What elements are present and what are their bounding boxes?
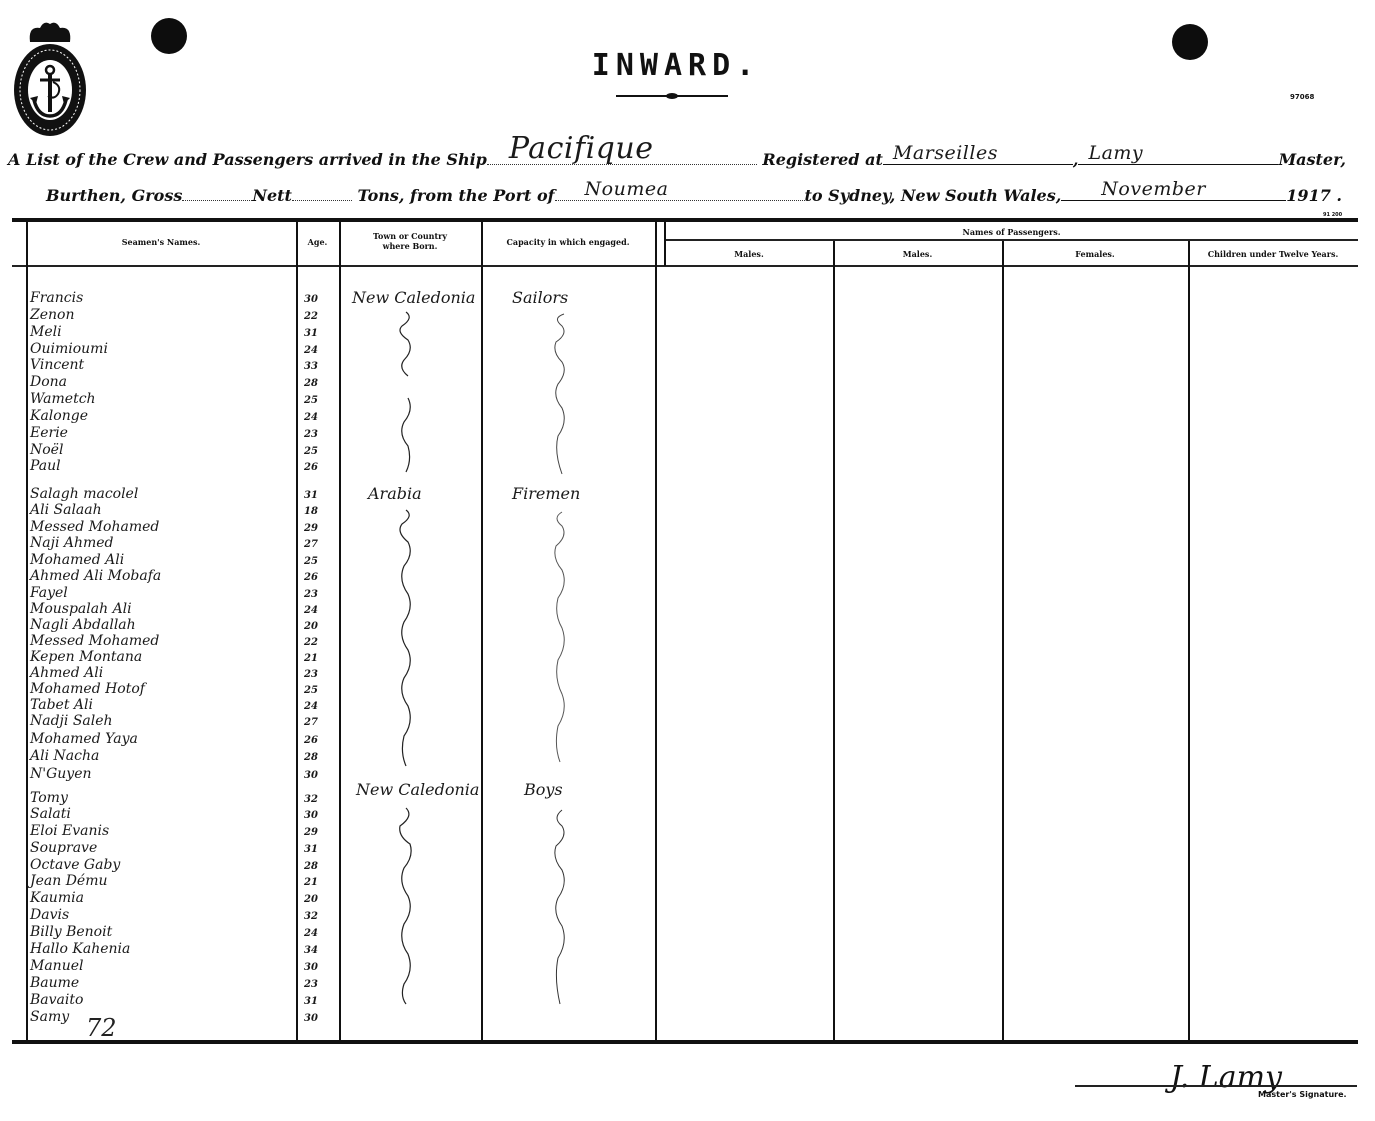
punch-hole bbox=[1172, 24, 1208, 60]
crew-age: 22 bbox=[304, 637, 318, 648]
crew-age: 32 bbox=[304, 794, 318, 805]
col-header-females: Females. bbox=[1002, 249, 1188, 259]
crew-name: Wametch bbox=[30, 391, 96, 407]
crew-age: 24 bbox=[304, 928, 318, 939]
crew-name: Meli bbox=[30, 324, 62, 340]
crew-name: Paul bbox=[30, 458, 61, 474]
crew-age: 28 bbox=[304, 861, 318, 872]
ditto-mark-icon bbox=[550, 312, 570, 477]
crew-age: 25 bbox=[304, 395, 318, 406]
port-of-departure: Noumea bbox=[585, 178, 669, 200]
ship-name-field: Pacifique bbox=[487, 151, 757, 165]
crew-name: Francis bbox=[30, 290, 83, 306]
born-group-2: Arabia bbox=[368, 484, 422, 503]
nett-label: Nett bbox=[252, 186, 292, 205]
crew-name: Billy Benoit bbox=[30, 924, 112, 940]
crew-name: Davis bbox=[30, 907, 69, 923]
crew-age: 24 bbox=[304, 345, 318, 356]
page-title: INWARD. bbox=[536, 48, 816, 83]
crew-age: 21 bbox=[304, 877, 318, 888]
crew-age: 18 bbox=[304, 506, 318, 517]
crew-age: 31 bbox=[304, 996, 318, 1007]
ship-name: Pacifique bbox=[509, 131, 654, 166]
ditto-mark-icon bbox=[550, 808, 570, 1008]
crew-age: 24 bbox=[304, 412, 318, 423]
crew-name: Vincent bbox=[30, 357, 84, 373]
crew-age: 20 bbox=[304, 621, 318, 632]
capacity-group-3: Boys bbox=[524, 780, 563, 799]
crew-age: 30 bbox=[304, 962, 318, 973]
column-divider bbox=[26, 222, 28, 1042]
column-divider bbox=[481, 222, 483, 1042]
crew-age: 20 bbox=[304, 894, 318, 905]
crew-age: 25 bbox=[304, 556, 318, 567]
crew-name: Manuel bbox=[30, 958, 83, 974]
col-header-passengers: Names of Passengers. bbox=[665, 227, 1358, 237]
crew-name: Mohamed Ali bbox=[30, 552, 124, 568]
crew-name: Eerie bbox=[30, 425, 68, 441]
registered-label: Registered at bbox=[762, 150, 882, 169]
crew-age: 30 bbox=[304, 294, 318, 305]
crew-age: 26 bbox=[304, 462, 318, 473]
col-header-names: Seamen's Names. bbox=[26, 237, 296, 247]
col-header-born: Town or Country where Born. bbox=[365, 231, 455, 251]
crew-age: 25 bbox=[304, 685, 318, 696]
column-divider bbox=[1002, 241, 1004, 1041]
crew-age: 30 bbox=[304, 1013, 318, 1024]
master-name: Lamy bbox=[1088, 142, 1143, 164]
registered-at: Marseilles bbox=[893, 142, 998, 164]
crew-name: Dona bbox=[30, 374, 67, 390]
master-label: Master, bbox=[1278, 150, 1346, 169]
capacity-group-2: Firemen bbox=[512, 484, 580, 503]
capacity-group-1: Sailors bbox=[512, 288, 568, 307]
crew-age: 30 bbox=[304, 770, 318, 781]
crew-age: 32 bbox=[304, 911, 318, 922]
crew-name: Mohamed Yaya bbox=[30, 731, 138, 747]
column-divider bbox=[339, 222, 341, 1042]
port-field: Noumea bbox=[555, 187, 805, 201]
crew-age: 29 bbox=[304, 523, 318, 534]
crew-name: Ali Salaah bbox=[30, 502, 102, 518]
crew-age: 33 bbox=[304, 361, 318, 372]
crew-name: Salati bbox=[30, 806, 71, 822]
crew-age: 23 bbox=[304, 979, 318, 990]
header-line-1: A List of the Crew and Passengers arrive… bbox=[8, 150, 1346, 169]
crew-age: 31 bbox=[304, 490, 318, 501]
table-top-rule bbox=[12, 218, 1358, 222]
crew-age: 27 bbox=[304, 539, 318, 550]
punch-hole bbox=[151, 18, 187, 54]
crew-age: 25 bbox=[304, 446, 318, 457]
destination-label: to Sydney, New South Wales, bbox=[805, 186, 1062, 205]
passenger-group-rule bbox=[665, 239, 1358, 241]
gross-tons-field bbox=[182, 187, 252, 201]
list-prefix: A List of the Crew and Passengers arrive… bbox=[8, 150, 487, 169]
date-field: November bbox=[1061, 187, 1286, 201]
crew-name: Nadji Saleh bbox=[30, 713, 113, 729]
crew-name: Noël bbox=[30, 442, 63, 458]
burthen-label: Burthen, Gross bbox=[46, 186, 182, 205]
crew-name: Ouimioumi bbox=[30, 341, 108, 357]
crew-name: Nagli Abdallah bbox=[30, 617, 136, 633]
crew-age: 26 bbox=[304, 735, 318, 746]
master-name-field: Lamy bbox=[1078, 151, 1278, 165]
col-header-males-2: Males. bbox=[833, 249, 1002, 259]
ditto-mark-icon bbox=[396, 806, 416, 1006]
crew-age: 24 bbox=[304, 701, 318, 712]
crew-name: Baume bbox=[30, 975, 79, 991]
crew-name: N'Guyen bbox=[30, 766, 92, 782]
crew-name: Zenon bbox=[30, 307, 74, 323]
table-bottom-rule bbox=[12, 1040, 1358, 1044]
crew-age: 23 bbox=[304, 669, 318, 680]
crew-age: 31 bbox=[304, 328, 318, 339]
header-line-2: Burthen, GrossNett Tons, from the Port o… bbox=[46, 186, 1342, 205]
form-number: 97068 bbox=[1290, 93, 1314, 101]
born-group-1: New Caledonia bbox=[352, 288, 475, 307]
col-header-children: Children under Twelve Years. bbox=[1188, 249, 1358, 259]
tons-from-port-label: Tons, from the Port of bbox=[358, 186, 555, 205]
crew-name: Messed Mohamed bbox=[30, 519, 159, 535]
nett-tons-field bbox=[292, 187, 352, 201]
ditto-mark-icon bbox=[396, 508, 416, 768]
crew-total-annotation: 72 bbox=[86, 1014, 117, 1042]
crew-age: 22 bbox=[304, 311, 318, 322]
born-group-3: New Caledonia bbox=[356, 780, 479, 799]
col-header-age: Age. bbox=[296, 237, 339, 247]
crew-age: 23 bbox=[304, 589, 318, 600]
ornamental-rule-dot bbox=[666, 93, 678, 99]
crew-name: Kepen Montana bbox=[30, 649, 142, 665]
crew-name: Octave Gaby bbox=[30, 857, 120, 873]
crew-name: Bavaito bbox=[30, 992, 83, 1008]
ditto-mark-icon bbox=[550, 510, 570, 765]
crew-name: Eloi Evanis bbox=[30, 823, 109, 839]
crew-name: Mohamed Hotof bbox=[30, 681, 145, 697]
column-divider bbox=[833, 241, 835, 1041]
crew-name: Jean Dému bbox=[30, 873, 108, 889]
signature-label: Master's Signature. bbox=[1258, 1090, 1347, 1099]
crew-age: 23 bbox=[304, 429, 318, 440]
column-divider bbox=[296, 222, 298, 1042]
crew-name: Kaumia bbox=[30, 890, 84, 906]
col-header-capacity: Capacity in which engaged. bbox=[481, 237, 655, 247]
crew-name: Fayel bbox=[30, 585, 68, 601]
header-bottom-rule bbox=[12, 265, 1358, 267]
crew-age: 26 bbox=[304, 572, 318, 583]
registered-at-field: Marseilles bbox=[883, 151, 1073, 165]
arrival-date: November bbox=[1101, 178, 1206, 200]
crew-name: Salagh macolel bbox=[30, 486, 138, 502]
crew-name: Messed Mohamed bbox=[30, 633, 159, 649]
crew-name: Ali Nacha bbox=[30, 748, 99, 764]
column-divider bbox=[1188, 241, 1190, 1041]
ditto-mark-icon bbox=[396, 310, 416, 475]
crew-name: Ahmed Ali bbox=[30, 665, 103, 681]
crew-age: 34 bbox=[304, 945, 318, 956]
crew-name: Kalonge bbox=[30, 408, 88, 424]
crew-age: 31 bbox=[304, 844, 318, 855]
crew-name: Tomy bbox=[30, 790, 68, 806]
crew-name: Naji Ahmed bbox=[30, 535, 114, 551]
crew-age: 30 bbox=[304, 810, 318, 821]
signature-line bbox=[1075, 1085, 1357, 1087]
crew-name: Hallo Kahenia bbox=[30, 941, 130, 957]
crew-name: Mouspalah Ali bbox=[30, 601, 132, 617]
crew-name: Ahmed Ali Mobafa bbox=[30, 568, 161, 584]
crew-age: 27 bbox=[304, 717, 318, 728]
crew-age: 21 bbox=[304, 653, 318, 664]
crew-name: Souprave bbox=[30, 840, 97, 856]
crew-age: 24 bbox=[304, 605, 318, 616]
crew-name: Samy bbox=[30, 1009, 69, 1025]
crew-age: 29 bbox=[304, 827, 318, 838]
crew-age: 28 bbox=[304, 378, 318, 389]
crew-age: 28 bbox=[304, 752, 318, 763]
year: 1917 bbox=[1286, 186, 1331, 205]
crew-name: Tabet Ali bbox=[30, 697, 93, 713]
column-divider bbox=[655, 222, 657, 1042]
anchor-crown-crest-icon bbox=[8, 20, 92, 138]
col-header-males-1: Males. bbox=[665, 249, 833, 259]
